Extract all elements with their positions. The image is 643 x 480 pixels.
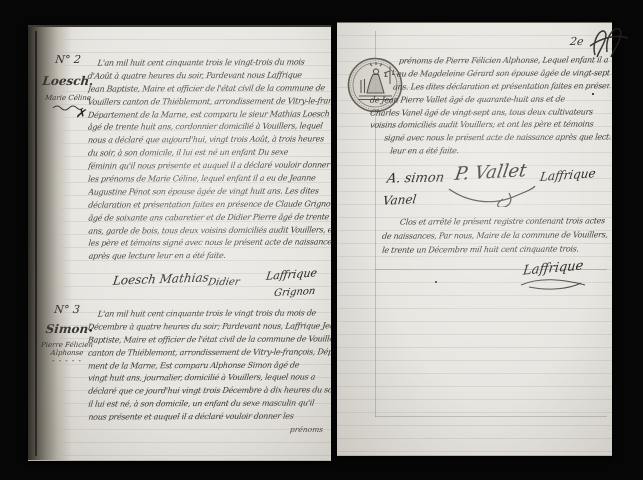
signature-witness-2: Vanel xyxy=(382,192,417,208)
signature-father: A. simon xyxy=(386,170,445,186)
signature-witness-1: Didier xyxy=(207,277,241,289)
left-page: N° 2 Loesch. Marie Céline ✗ L'an mil hui… xyxy=(28,25,331,461)
signature-mayor: Laffrique xyxy=(265,266,318,283)
text-line: canton de Thiéblemont, arrondissement de… xyxy=(88,346,332,360)
act-3-continued-text: prénoms de Pierre Félicien Alphonse, Leq… xyxy=(370,54,611,163)
act-2-text: L'an mil huit cent cinquante trois le vi… xyxy=(87,56,331,267)
text-line: âgé de soixante ans cabaretier et de Did… xyxy=(88,211,332,225)
text-line: Baptiste, Maire et officier de l'état ci… xyxy=(88,333,332,347)
text-line: Décembre à quatre heures du soir; Pardev… xyxy=(88,320,332,334)
text-line: ans. Les dites déclaration et présentati… xyxy=(370,80,611,94)
text-line: Augustine Pénot son épouse âgée de vingt… xyxy=(87,185,331,199)
page-edges-streak xyxy=(35,31,37,456)
text-line: Jean Baptiste, Maire et officier de l'ét… xyxy=(87,82,331,96)
catchword: prénoms xyxy=(289,425,323,434)
closing-statement-text: Clos et arrêté le présent registre conte… xyxy=(382,214,610,260)
closing-signature-flourish-icon xyxy=(519,275,589,291)
text-line: le trente un Décembre mil huit cent cinq… xyxy=(382,242,610,257)
signature-mayor: Laffrique xyxy=(539,166,597,184)
text-line: d'Août à quatre heures du soir, Pardevan… xyxy=(87,69,331,83)
text-line: Clos et arrêté le présent registre conte… xyxy=(382,214,610,229)
signature-witness-2: Grignon xyxy=(273,286,316,299)
ink-speck xyxy=(592,93,594,95)
ink-speck xyxy=(435,281,437,283)
text-line: L'an mil huit cent cinquante trois le vi… xyxy=(87,56,331,70)
register-scan-spread: N° 2 Loesch. Marie Céline ✗ L'an mil hui… xyxy=(0,0,643,480)
text-line: Vouillers canton de Thiéblemont, arrondi… xyxy=(87,95,331,109)
bottom-rule-line xyxy=(375,416,607,417)
text-line: L'an mil huit cent cinquante trois le vi… xyxy=(88,307,332,321)
text-line: de Jean Pierre Vallet âgé de quarante-hu… xyxy=(370,93,611,107)
text-line: prénoms de Pierre Félicien Alphonse, Leq… xyxy=(370,54,611,68)
text-line: nous présente et auquel il a déclaré vou… xyxy=(88,410,332,424)
text-line: déclaration et présentation faites en pr… xyxy=(87,198,331,212)
text-line: les prénoms de Marie Céline, lequel enfa… xyxy=(87,172,331,186)
text-line: eu de Magdeleine Gérard son épouse âgée … xyxy=(370,67,611,81)
right-page: 2e prénoms de Pierre Félicien Alphonse, … xyxy=(337,22,612,456)
signature-father: Loesch Mathias xyxy=(112,270,210,287)
margin-cross-mark: ✗ xyxy=(75,106,89,123)
act-3-text: L'an mil huit cent cinquante trois le vi… xyxy=(88,307,332,428)
text-line: leur en a été faite. xyxy=(370,145,611,159)
text-line: féminin qu'il nous présente et auquel il… xyxy=(87,159,331,173)
text-line: de naissances, Par nous, Maire de la com… xyxy=(382,228,610,243)
text-line: après que lecture leur en a été faite. xyxy=(88,250,332,264)
signature-flourish-icon xyxy=(445,181,537,207)
folio-number: 2e xyxy=(569,35,584,48)
